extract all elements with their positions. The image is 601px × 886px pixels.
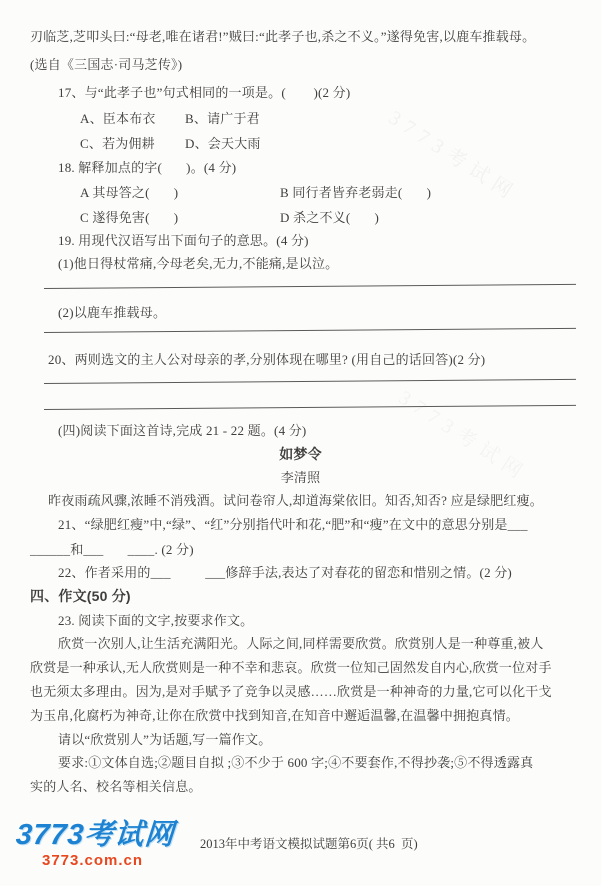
question-17-option-b: B、请广于君	[185, 110, 260, 128]
essay-requirements-line1: 要求:①文体自选;②题目自拟 ;③不少于 600 字;④不要套作,不得抄袭;⑤不…	[58, 754, 579, 772]
reading-section-intro: (四)阅读下面这首诗,完成 21 - 22 题。(4 分)	[58, 422, 306, 440]
question-18-stem: 18. 解释加点的字( )。(4 分)	[58, 159, 236, 177]
question-18-option-b: B 同行者皆弃老弱走( )	[280, 184, 431, 202]
question-19-part2: (2)以鹿车推载母。	[58, 304, 166, 322]
question-21-line2: ______和___ ____. (2 分)	[30, 541, 194, 559]
question-18-option-a: A 其母答之( )	[80, 184, 178, 202]
site-logo-domain: 3773.com.cn	[42, 852, 143, 869]
question-23-stem: 23. 阅读下面的文字,按要求作文。	[58, 612, 253, 630]
essay-paragraph-line: 欣赏是一种承认,无人欣赏则是一种不幸和悲哀。欣赏一位知己固然发自内心,欣赏一位对…	[30, 659, 579, 677]
site-logo: 3773考试网	[15, 820, 176, 850]
answer-line	[44, 284, 576, 289]
question-21-line1: 21、“绿肥红瘦”中,“绿”、“红”分别指代叶和花,“肥”和“瘦”在文中的意思分…	[58, 516, 579, 534]
question-18-option-d: D 杀之不义( )	[280, 209, 379, 227]
question-20-stem: 20、两则选文的主人公对母亲的孝,分别体现在哪里? (用自己的话回答)(2 分)	[48, 351, 485, 369]
question-17-option-c: C、若为佣耕	[80, 135, 155, 153]
essay-paragraph-line: 为玉帛,化腐朽为神奇,让你在欣赏中找到知音,在知音中邂逅温馨,在温馨中拥抱真情。	[30, 707, 579, 725]
essay-section-heading: 四、作文(50 分)	[30, 587, 131, 605]
question-17-option-d: D、会天大雨	[185, 135, 261, 153]
question-19-stem: 19. 用现代汉语写出下面句子的意思。(4 分)	[58, 232, 309, 250]
question-18-option-c: C 遂得免害( )	[80, 209, 178, 227]
essay-paragraph-line: 欣赏一次别人,让生活充满阳光。人际之间,同样需要欣赏。欣赏别人是一种尊重,被人	[58, 635, 579, 653]
essay-paragraph-line: 也无须太多理由。因为,是对手赋予了竞争以灵感……欣赏是一种神奇的力量,它可以化干…	[30, 683, 579, 701]
question-19-part1: (1)他日得杖常痛,今母老矣,无力,不能痛,是以泣。	[58, 255, 338, 273]
essay-topic-line: 请以“欣赏别人”为话题,写一篇作文。	[58, 731, 271, 749]
question-17-stem: 17、与“此孝子也”句式相同的一项是。( )(2 分)	[58, 84, 350, 102]
passage-line: 刃临芝,芝叩头曰:“母老,唯在诸君!”贼曰:“此孝子也,杀之不义。”遂得免害,以…	[30, 28, 579, 46]
answer-line	[44, 328, 576, 333]
question-17-option-a: A、臣本布衣	[80, 110, 156, 128]
poem-title: 如梦令	[0, 445, 601, 463]
answer-line	[44, 379, 576, 384]
essay-requirements-line2: 实的人名、校名等相关信息。	[30, 778, 202, 796]
poem-author: 李清照	[0, 469, 601, 487]
page-number-info: 2013年中考语文模拟试题第6页( 共6 页)	[200, 834, 418, 852]
passage-source: (选自《三国志·司马芝传》)	[30, 56, 182, 74]
poem-text: 昨夜雨疏风骤,浓睡不消残酒。试问卷帘人,却道海棠依旧。知否,知否? 应是绿肥红瘦…	[48, 492, 579, 510]
answer-line	[44, 405, 576, 410]
exam-paper-page: 3773考试网 3773考试网 刃临芝,芝叩头曰:“母老,唯在诸君!”贼曰:“此…	[0, 0, 601, 886]
question-22-stem: 22、作者采用的___ ___修辞手法,表达了对春花的留恋和惜别之情。(2 分)	[58, 564, 512, 582]
